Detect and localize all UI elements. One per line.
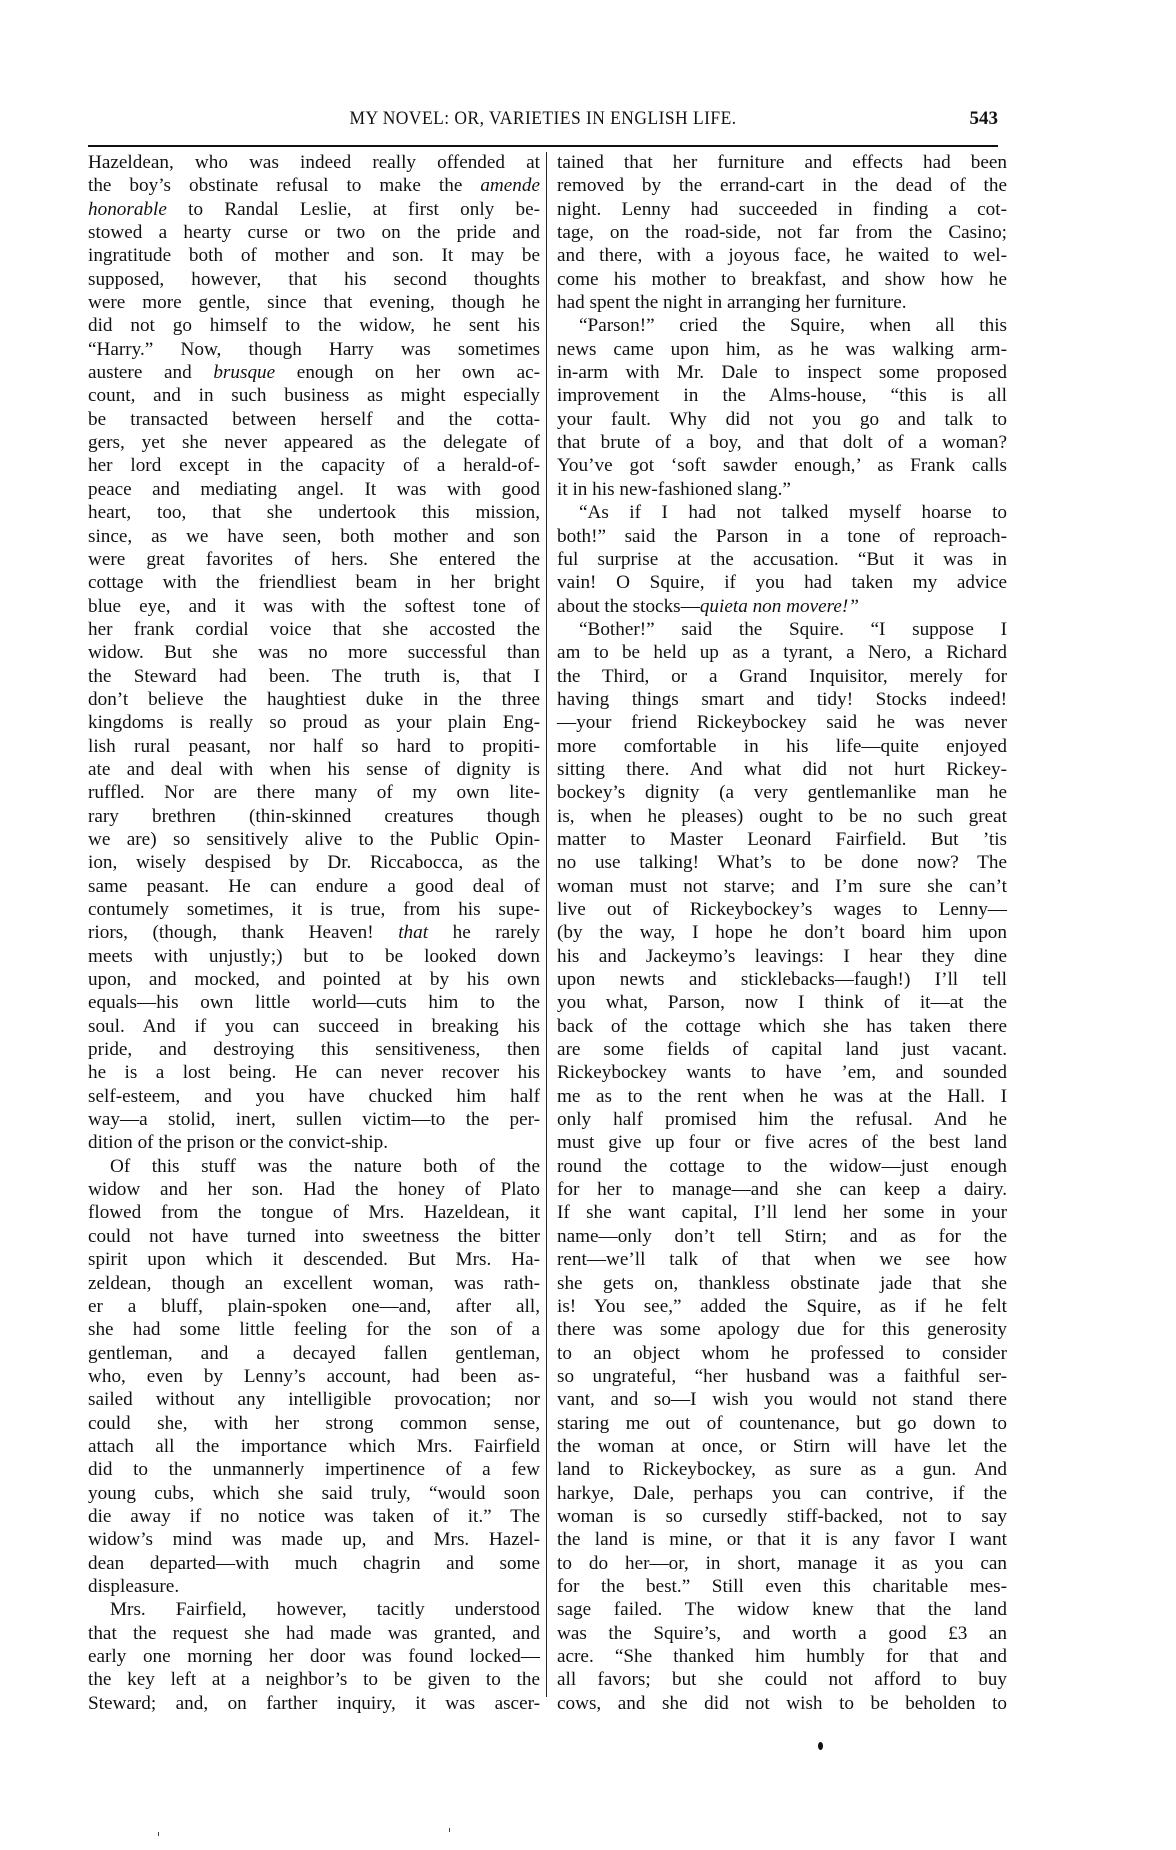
text-line: there was some apology due for this gene… [557,1318,1007,1341]
text-line: could she, with her strong common sense, [88,1412,540,1435]
text-line: the Steward had been. The truth is, that… [88,665,540,688]
text-line: come his mother to breakfast, and show h… [557,268,1007,291]
text-line: were great favorites of hers. She entere… [88,548,540,571]
text-line: to an object whom he professed to consid… [557,1342,1007,1365]
text-line: land to Rickeybockey, as sure as a gun. … [557,1458,1007,1481]
text-line: about the stocks—quieta non movere!” [557,595,1007,618]
text-line: it in his new-fashioned slang.” [557,478,1007,501]
text-line: in-arm with Mr. Dale to inspect some pro… [557,361,1007,384]
text-line: were more gentle, since that evening, th… [88,291,540,314]
text-line: the boy’s obstinate refusal to make the … [88,174,540,197]
text-line: equals—his own little world—cuts him to … [88,991,540,1014]
column-divider [546,152,547,1697]
text-line: your fault. Why did not you go and talk … [557,408,1007,431]
text-line: upon newts and sticklebacks—faugh!) I’ll… [557,968,1007,991]
text-line: live out of Rickeybockey’s wages to Lenn… [557,898,1007,921]
text-line: having things smart and tidy! Stocks ind… [557,688,1007,711]
text-line: cows, and she did not wish to be beholde… [557,1692,1007,1715]
text-line: austere and brusque enough on her own ac… [88,361,540,384]
text-line: riors, (though, thank Heaven! that he ra… [88,921,540,944]
text-line: stowed a hearty curse or two on the prid… [88,221,540,244]
text-line: spirit upon which it descended. But Mrs.… [88,1248,540,1271]
text-line: tained that her furniture and effects ha… [557,151,1007,174]
text-line: back of the cottage which she has taken … [557,1015,1007,1038]
text-line: rary brethren (thin-skinned creatures th… [88,805,540,828]
text-line: is! You see,” added the Squire, as if he… [557,1295,1007,1318]
text-line: cottage with the friendliest beam in her… [88,571,540,594]
text-line: Mrs. Fairfield, however, tacitly underst… [88,1598,540,1621]
text-line: only half promised him the refusal. And … [557,1108,1007,1131]
text-line: peace and mediating angel. It was with g… [88,478,540,501]
text-line: Of this stuff was the nature both of the [88,1155,540,1178]
text-line: “Parson!” cried the Squire, when all thi… [557,314,1007,337]
text-line: If she want capital, I’ll lend her some … [557,1201,1007,1224]
text-line: who, even by Lenny’s account, had been a… [88,1365,540,1388]
text-line: more comfortable in his life—quite enjoy… [557,735,1007,758]
text-line: dition of the prison or the convict-ship… [88,1131,540,1154]
text-line: same peasant. He can endure a good deal … [88,875,540,898]
text-line: the key left at a neighbor’s to be given… [88,1668,540,1691]
text-line: dean departed—with much chagrin and some [88,1552,540,1575]
text-line: ingratitude both of mother and son. It m… [88,244,540,267]
text-line: was the Squire’s, and worth a good £3 an [557,1622,1007,1645]
text-line: be transacted between herself and the co… [88,408,540,431]
text-line: me as to the rent when he was at the Hal… [557,1085,1007,1108]
text-line: are some fields of capital land just vac… [557,1038,1007,1061]
text-line: and there, with a joyous face, he waited… [557,244,1007,267]
text-line: sage failed. The widow knew that the lan… [557,1598,1007,1621]
text-line: ful surprise at the accusation. “But it … [557,548,1007,571]
text-line: blue eye, and it was with the softest to… [88,595,540,618]
text-line: all favors; but she could not afford to … [557,1668,1007,1691]
text-line: matter to Master Leonard Fairfield. But … [557,828,1007,851]
right-column: tained that her furniture and effects ha… [557,151,1007,1715]
text-line: widow and her son. Had the honey of Plat… [88,1178,540,1201]
text-line: “Harry.” Now, though Harry was sometimes [88,338,540,361]
text-line: “Bother!” said the Squire. “I suppose I [557,618,1007,641]
text-line: that brute of a boy, and that dolt of a … [557,431,1007,454]
text-line: harkye, Dale, perhaps you can contrive, … [557,1482,1007,1505]
text-line: self-esteem, and you have chucked him ha… [88,1085,540,1108]
text-line: don’t believe the haughtiest duke in the… [88,688,540,711]
scan-speck [158,1832,159,1836]
text-line: you what, Parson, now I think of it—at t… [557,991,1007,1014]
text-line: did to the unmannerly impertinence of a … [88,1458,540,1481]
text-line: soul. And if you can succeed in breaking… [88,1015,540,1038]
text-line: vant, and so—I wish you would not stand … [557,1388,1007,1411]
text-line: sitting there. And what did not hurt Ric… [557,758,1007,781]
text-line: so ungrateful, “her husband was a faithf… [557,1365,1007,1388]
text-line: am to be held up as a tyrant, a Nero, a … [557,641,1007,664]
text-line: “As if I had not talked myself hoarse to [557,501,1007,524]
text-line: for the best.” Still even this charitabl… [557,1575,1007,1598]
text-line: young cubs, which she said truly, “would… [88,1482,540,1505]
text-line: the land is mine, or that it is any favo… [557,1528,1007,1551]
text-line: widow’s mind was made up, and Mrs. Hazel… [88,1528,540,1551]
text-line: Hazeldean, who was indeed really offende… [88,151,540,174]
text-line: (by the way, I hope he don’t board him u… [557,921,1007,944]
text-line: staring me out of countenance, but go do… [557,1412,1007,1435]
text-line: Rickeybockey wants to have ’em, and soun… [557,1061,1007,1084]
text-line: woman must not starve; and I’m sure she … [557,875,1007,898]
text-line: removed by the errand-cart in the dead o… [557,174,1007,197]
text-line: did not go himself to the widow, he sent… [88,314,540,337]
text-line: contumely sometimes, it is true, from hi… [88,898,540,921]
text-line: kingdoms is really so proud as your plai… [88,711,540,734]
text-line: the Third, or a Grand Inquisitor, merely… [557,665,1007,688]
text-line: tage, on the road-side, not far from the… [557,221,1007,244]
text-line: honorable to Randal Leslie, at first onl… [88,198,540,221]
running-title: MY NOVEL: OR, VARIETIES IN ENGLISH LIFE. [124,108,961,130]
text-line: woman is so cursedly stiff-backed, not t… [557,1505,1007,1528]
text-line: widow. But she was no more successful th… [88,641,540,664]
text-line: ion, wisely despised by Dr. Riccabocca, … [88,851,540,874]
running-header: MY NOVEL: OR, VARIETIES IN ENGLISH LIFE.… [88,108,998,138]
text-line: the woman at once, or Stirn will have le… [557,1435,1007,1458]
text-line: Steward; and, on farther inquiry, it was… [88,1692,540,1715]
text-line: we are) so sensitively alive to the Publ… [88,828,540,851]
text-line: gers, yet she never appeared as the dele… [88,431,540,454]
text-line: ate and deal with when his sense of dign… [88,758,540,781]
text-line: that the request she had made was grante… [88,1622,540,1645]
text-line: way—a stolid, inert, sullen victim—to th… [88,1108,540,1131]
text-line: to do her—or, in short, manage it as you… [557,1552,1007,1575]
text-line: —your friend Rickeybockey said he was ne… [557,711,1007,734]
text-line: vain! O Squire, if you had taken my advi… [557,571,1007,594]
printer-mark-dot [818,1742,823,1750]
text-line: sailed without any intelligible provocat… [88,1388,540,1411]
text-line: attach all the importance which Mrs. Fai… [88,1435,540,1458]
text-line: round the cottage to the widow—just enou… [557,1155,1007,1178]
page-number: 543 [970,108,999,130]
text-line: he is a lost being. He can never recover… [88,1061,540,1084]
text-line: displeasure. [88,1575,540,1598]
text-line: zeldean, though an excellent woman, was … [88,1272,540,1295]
text-line: die away if no notice was taken of it.” … [88,1505,540,1528]
text-line: bockey’s dignity (a very gentlemanlike m… [557,781,1007,804]
text-line: upon, and mocked, and pointed at by his … [88,968,540,991]
text-line: could not have turned into sweetness the… [88,1225,540,1248]
header-rule [88,145,998,147]
text-line: had spent the night in arranging her fur… [557,291,1007,314]
text-line: gentleman, and a decayed fallen gentlema… [88,1342,540,1365]
text-line: name—only don’t tell Stirn; and as for t… [557,1225,1007,1248]
text-line: supposed, however, that his second thoug… [88,268,540,291]
text-line: pride, and destroying this sensitiveness… [88,1038,540,1061]
text-line: flowed from the tongue of Mrs. Hazeldean… [88,1201,540,1224]
text-line: early one morning her door was found loc… [88,1645,540,1668]
text-line: for her to manage—and she can keep a dai… [557,1178,1007,1201]
text-line: improvement in the Alms-house, “this is … [557,384,1007,407]
text-line: news came upon him, as he was walking ar… [557,338,1007,361]
text-line: lish rural peasant, nor half so hard to … [88,735,540,758]
text-line: ruffled. Nor are there many of my own li… [88,781,540,804]
text-line: must give up four or five acres of the b… [557,1131,1007,1154]
text-line: count, and in such business as might esp… [88,384,540,407]
text-line: meets with unjustly;) but to be looked d… [88,945,540,968]
text-line: You’ve got ‘soft sawder enough,’ as Fran… [557,454,1007,477]
left-column: Hazeldean, who was indeed really offende… [88,151,540,1715]
text-line: both!” said the Parson in a tone of repr… [557,525,1007,548]
text-line: no use talking! What’s to be done now? T… [557,851,1007,874]
text-line: heart, too, that she undertook this miss… [88,501,540,524]
text-line: is, when he pleases) ought to be no such… [557,805,1007,828]
text-line: acre. “She thanked him humbly for that a… [557,1645,1007,1668]
text-line: er a bluff, plain-spoken one—and, after … [88,1295,540,1318]
text-line: night. Lenny had succeeded in finding a … [557,198,1007,221]
text-line: she gets on, thankless obstinate jade th… [557,1272,1007,1295]
text-line: rent—we’ll talk of that when we see how [557,1248,1007,1271]
text-line: she had some little feeling for the son … [88,1318,540,1341]
text-line: her frank cordial voice that she accoste… [88,618,540,641]
scan-speck [449,1828,450,1832]
text-line: since, as we have seen, both mother and … [88,525,540,548]
text-line: her lord except in the capacity of a her… [88,454,540,477]
text-line: his and Jackeymo’s leavings: I hear they… [557,945,1007,968]
